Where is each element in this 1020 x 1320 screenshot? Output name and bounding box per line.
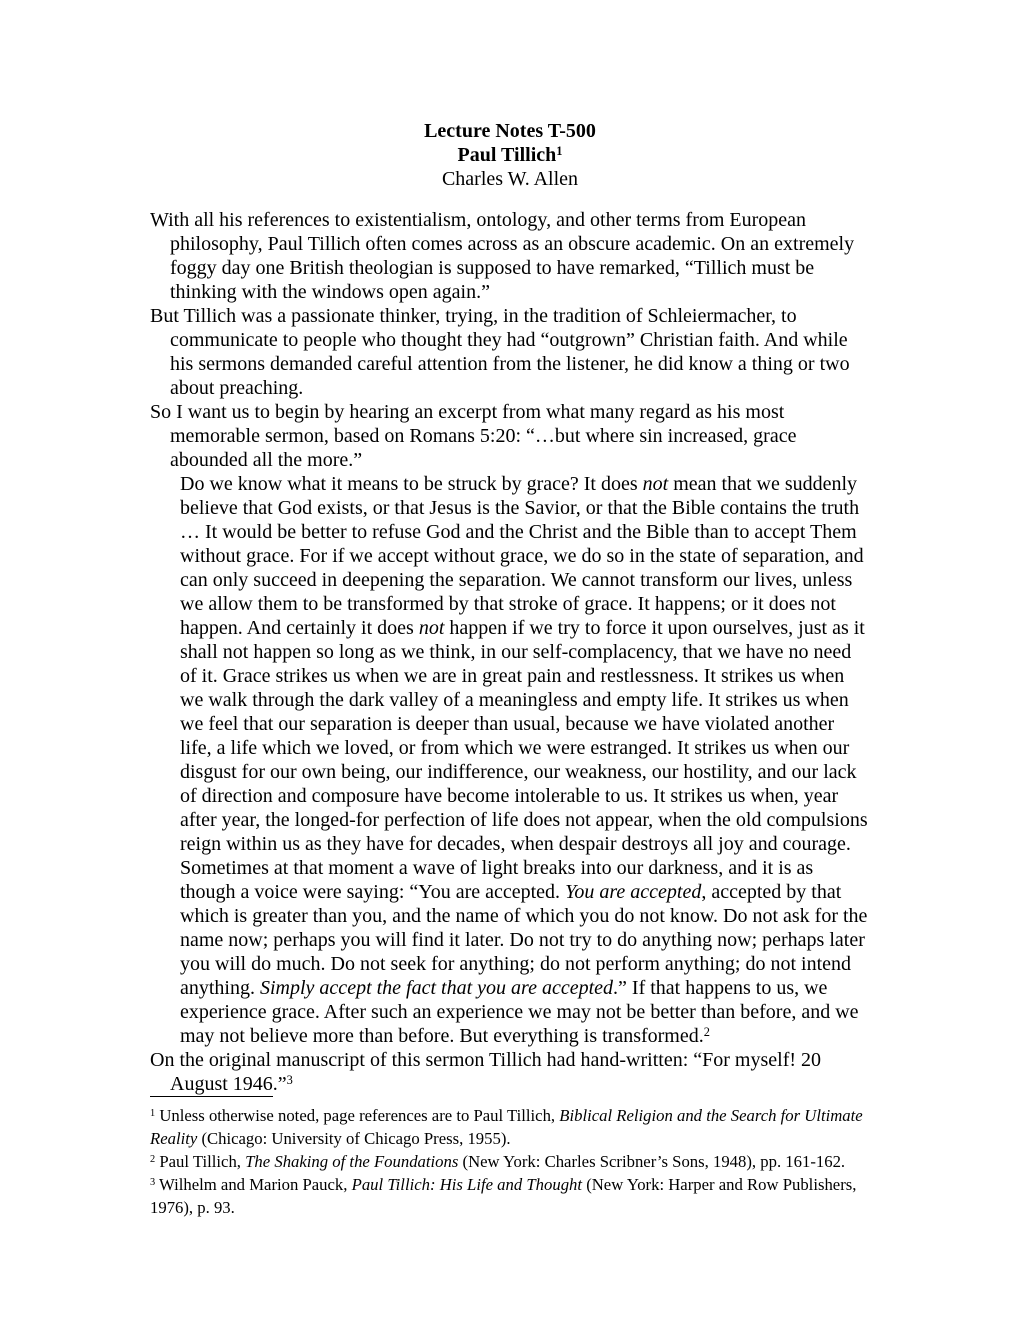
- paragraph-passionate-thinker: But Tillich was a passionate thinker, tr…: [150, 304, 870, 400]
- footnote-1: 1 Unless otherwise noted, page reference…: [150, 1104, 870, 1150]
- doc-title-author: Charles W. Allen: [150, 167, 870, 191]
- sermon-block-quote: Do we know what it means to be struck by…: [180, 472, 870, 1048]
- document-page: Lecture Notes T-500 Paul Tillich1 Charle…: [0, 0, 1020, 1320]
- footnotes-section: 1 Unless otherwise noted, page reference…: [150, 1096, 870, 1219]
- paragraph-manuscript-note: On the original manuscript of this sermo…: [150, 1048, 870, 1096]
- footnote-2: 2 Paul Tillich, The Shaking of the Found…: [150, 1150, 870, 1173]
- title-block: Lecture Notes T-500 Paul Tillich1 Charle…: [150, 119, 870, 191]
- footnote-separator: [150, 1096, 273, 1097]
- doc-title-course: Lecture Notes T-500: [150, 119, 870, 143]
- doc-title-subject: Paul Tillich1: [150, 143, 870, 167]
- document-content: Lecture Notes T-500 Paul Tillich1 Charle…: [150, 119, 870, 1096]
- paragraph-intro: With all his references to existentialis…: [150, 208, 870, 304]
- paragraph-sermon-intro: So I want us to begin by hearing an exce…: [150, 400, 870, 472]
- footnote-3: 3 Wilhelm and Marion Pauck, Paul Tillich…: [150, 1173, 870, 1219]
